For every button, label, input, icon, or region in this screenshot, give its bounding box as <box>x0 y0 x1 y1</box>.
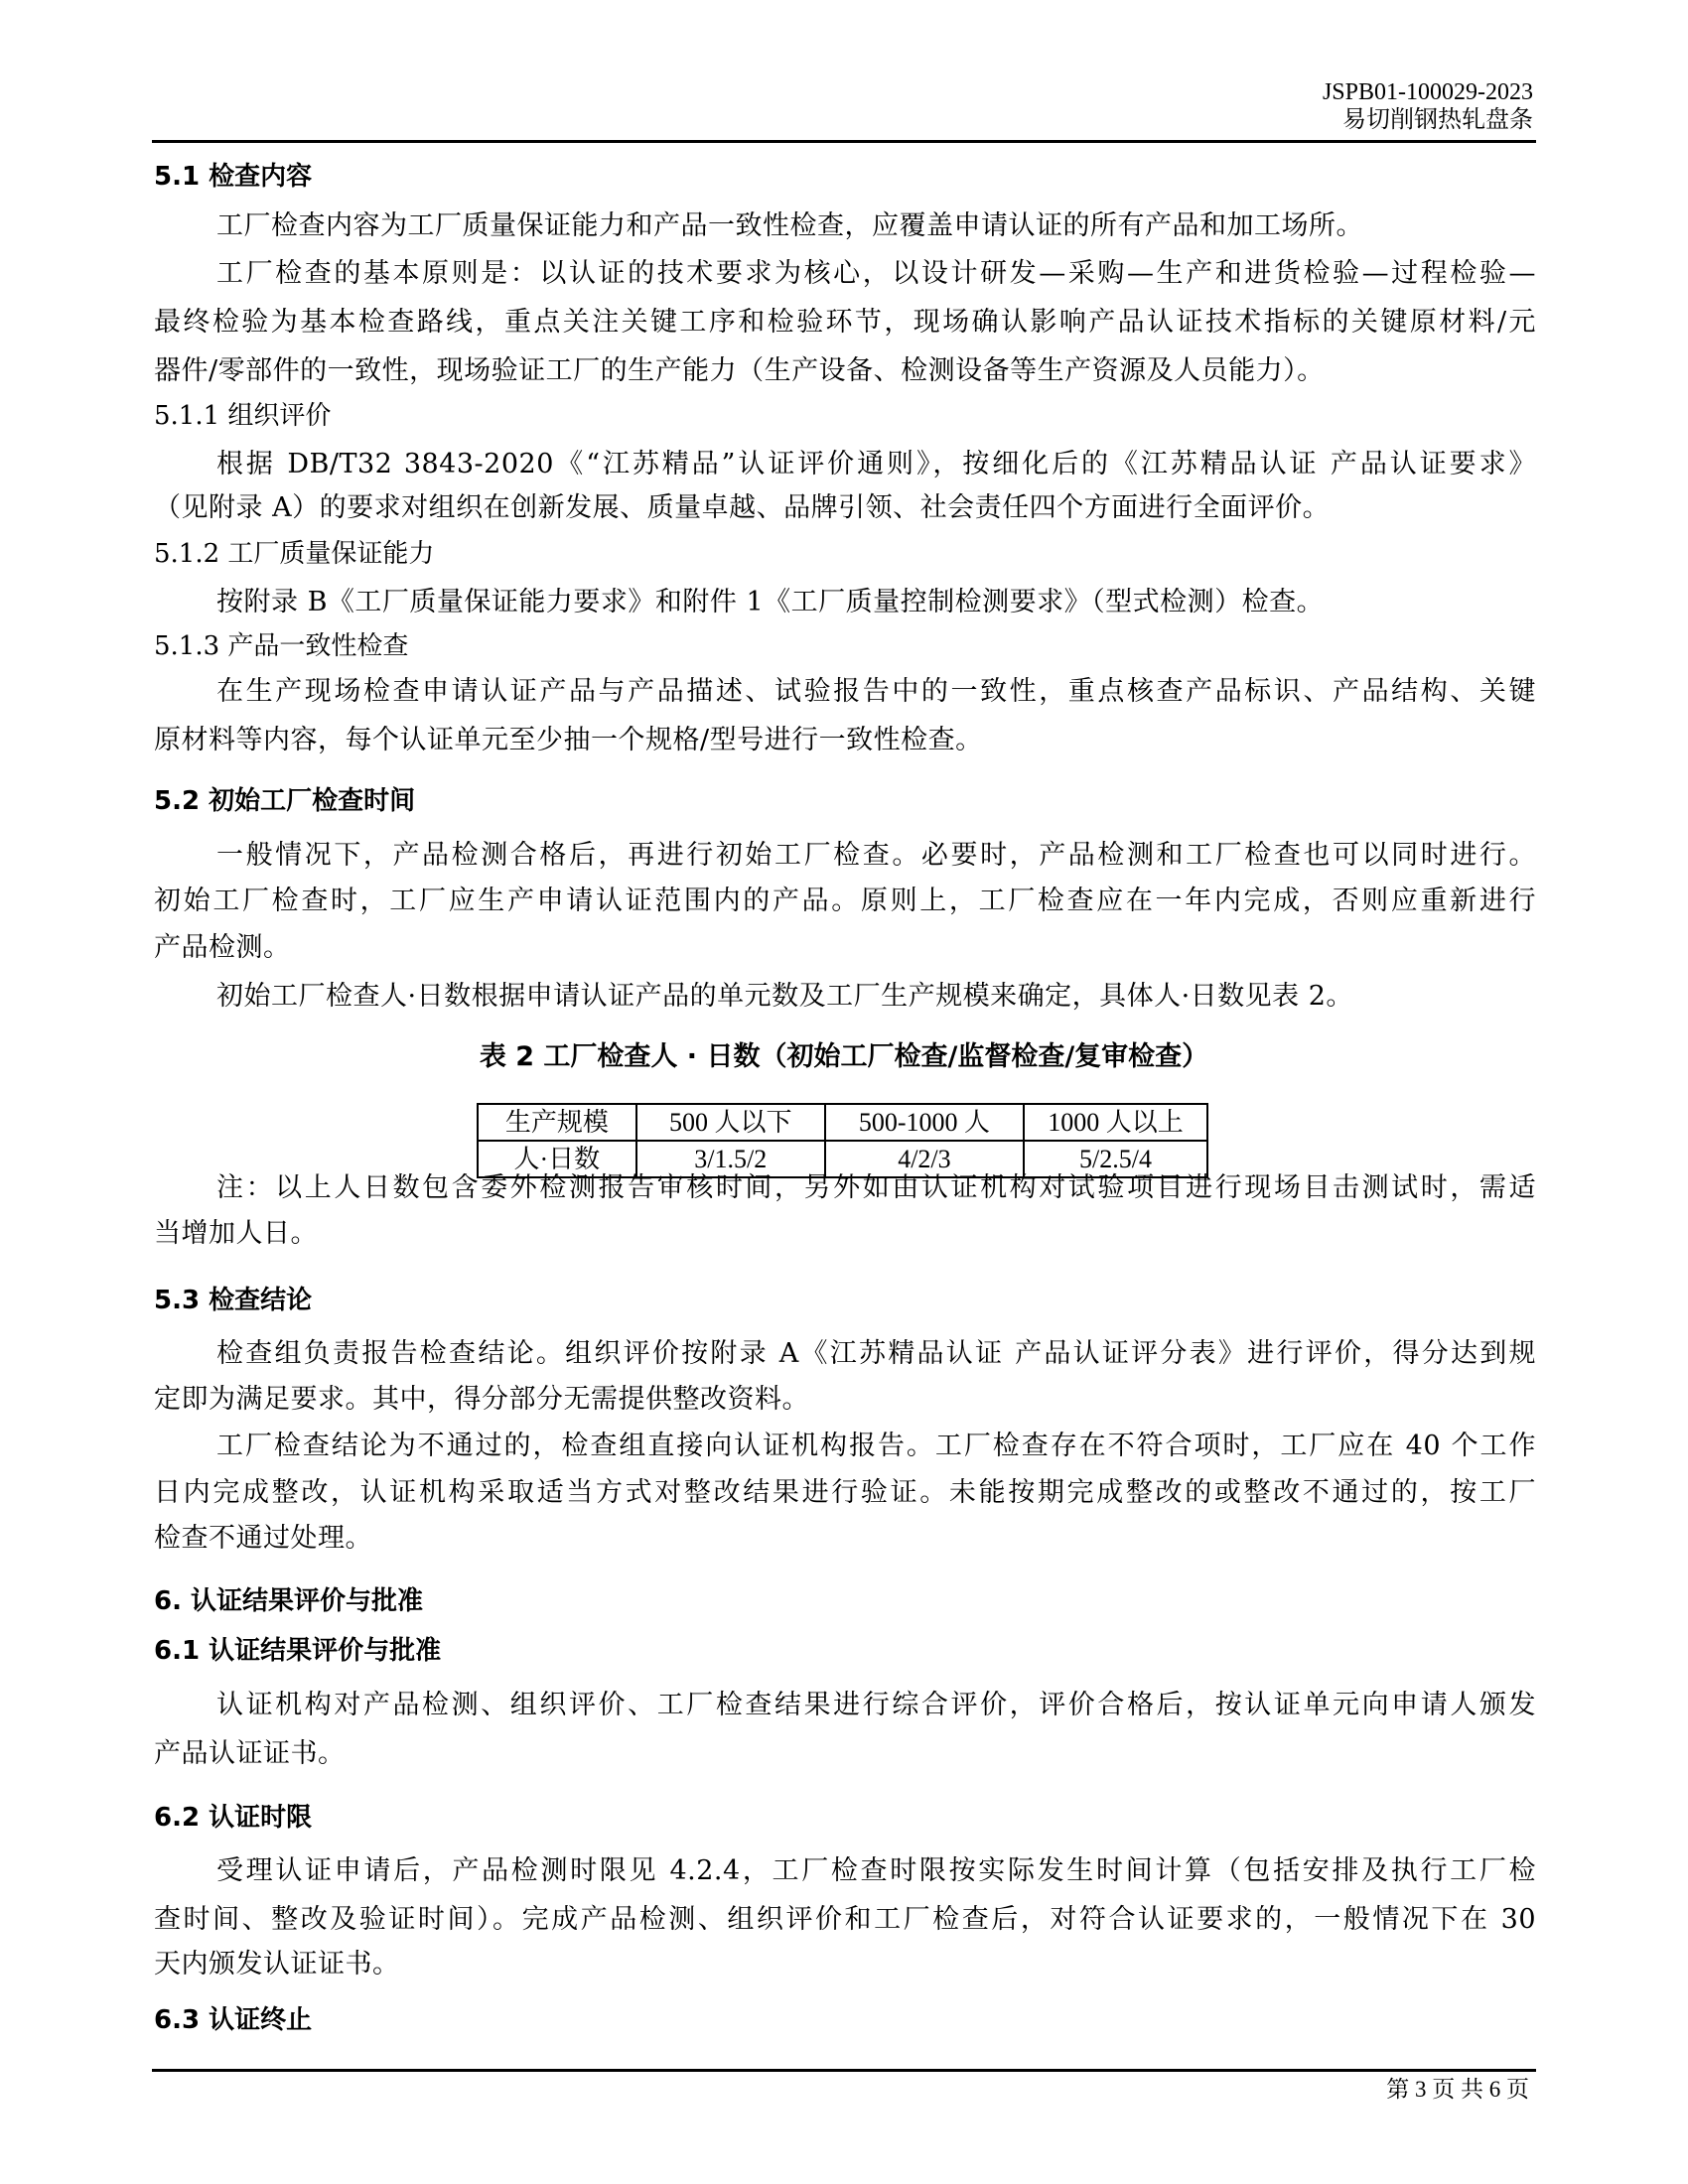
section-title-5-1: 5.1 检查内容 <box>154 160 1536 194</box>
section-title-6-1: 6.1 认证结果评价与批准 <box>154 1634 1536 1668</box>
paragraph-line: 按附录 B《工厂质量保证能力要求》和附件 1《工厂质量控制检测要求》（型式检测）… <box>216 586 1536 619</box>
table-header-row: 生产规模 500 人以下 500-1000 人 1000 人以上 <box>478 1104 1207 1141</box>
table-note-line: 注：以上人日数包含委外检测报告审核时间，另外如由认证机构对试验项目进行现场目击测… <box>216 1171 1536 1205</box>
paragraph-line: 检查组负责报告检查结论。组织评价按附录 A《江苏精品认证 产品认证评分表》进行评… <box>216 1337 1536 1371</box>
section-title-6-3: 6.3 认证终止 <box>154 2003 1536 2037</box>
paragraph-line: 产品检测。 <box>154 931 1536 965</box>
paragraph-line: 最终检验为基本检查路线，重点关注关键工序和检验环节，现场确认影响产品认证技术指标… <box>154 306 1536 340</box>
paragraph-line: 原材料等内容，每个认证单元至少抽一个规格/型号进行一致性检查。 <box>154 724 1536 757</box>
section-title-6: 6. 认证结果评价与批准 <box>154 1584 1536 1618</box>
paragraph-line: 天内颁发认证证书。 <box>154 1948 1536 1981</box>
paragraph-line: 认证机构对产品检测、组织评价、工厂检查结果进行综合评价，评价合格后，按认证单元向… <box>216 1689 1536 1722</box>
paragraph-line: 定即为满足要求。其中，得分部分无需提供整改资料。 <box>154 1383 1536 1417</box>
section-title-5-2: 5.2 初始工厂检查时间 <box>154 784 1536 818</box>
page-number: 第 3 页 共 6 页 <box>1386 2077 1529 2103</box>
table-cell: 500 人以下 <box>636 1104 825 1141</box>
paragraph-line: 根据 DB/T32 3843-2020《“江苏精品”认证评价通则》，按细化后的《… <box>216 448 1536 481</box>
section-title-5-1-3: 5.1.3 产品一致性检查 <box>154 629 1536 663</box>
paragraph-line: 工厂检查内容为工厂质量保证能力和产品一致性检查，应覆盖申请认证的所有产品和加工场… <box>216 209 1536 243</box>
table-caption: 表 2 工厂检查人 · 日数（初始工厂检查/监督检查/复审检查） <box>0 1040 1688 1074</box>
paragraph-line: 日内完成整改，认证机构采取适当方式对整改结果进行验证。未能按期完成整改的或整改不… <box>154 1476 1536 1510</box>
table-cell: 1000 人以上 <box>1024 1104 1207 1141</box>
paragraph-line: 查时间、整改及验证时间）。完成产品检测、组织评价和工厂检查后，对符合认证要求的，… <box>154 1903 1536 1937</box>
paragraph-line: 初始工厂检查时，工厂应生产申请认证范围内的产品。原则上，工厂检查应在一年内完成，… <box>154 885 1536 918</box>
paragraph-line: 产品认证证书。 <box>154 1737 1536 1771</box>
paragraph-line: 受理认证申请后，产品检测时限见 4.2.4，工厂检查时限按实际发生时间计算（包括… <box>216 1854 1536 1888</box>
section-title-5-1-1: 5.1.1 组织评价 <box>154 399 1536 433</box>
inspection-days-table: 生产规模 500 人以下 500-1000 人 1000 人以上 人·日数 3/… <box>477 1103 1208 1178</box>
header-doc-number: JSPB01-100029-2023 <box>1323 78 1533 106</box>
section-title-5-1-2: 5.1.2 工厂质量保证能力 <box>154 537 1536 571</box>
paragraph-line: 检查不通过处理。 <box>154 1522 1536 1556</box>
header-product-name: 易切削钢热轧盘条 <box>1342 106 1533 134</box>
table-note-line: 当增加人日。 <box>154 1217 1536 1251</box>
paragraph-line: 在生产现场检查申请认证产品与产品描述、试验报告中的一致性，重点核查产品标识、产品… <box>216 675 1536 709</box>
paragraph-line: 工厂检查结论为不通过的，检查组直接向认证机构报告。工厂检查存在不符合项时，工厂应… <box>216 1430 1536 1463</box>
paragraph-line: 工厂检查的基本原则是：以认证的技术要求为核心，以设计研发—采购—生产和进货检验—… <box>216 257 1536 291</box>
document-page: JSPB01-100029-2023 易切削钢热轧盘条 5.1 检查内容 工厂检… <box>0 0 1688 2184</box>
footer-rule <box>152 2069 1536 2072</box>
paragraph-line: 一般情况下，产品检测合格后，再进行初始工厂检查。必要时，产品检测和工厂检查也可以… <box>216 839 1536 873</box>
table-cell: 生产规模 <box>478 1104 636 1141</box>
section-title-6-2: 6.2 认证时限 <box>154 1801 1536 1835</box>
table-cell: 500-1000 人 <box>825 1104 1024 1141</box>
paragraph-line: 器件/零部件的一致性，现场验证工厂的生产能力（生产设备、检测设备等生产资源及人员… <box>154 354 1536 388</box>
section-title-5-3: 5.3 检查结论 <box>154 1284 1536 1317</box>
paragraph-line: （见附录 A）的要求对组织在创新发展、质量卓越、品牌引领、社会责任四个方面进行全… <box>154 491 1536 525</box>
header-rule <box>152 140 1536 143</box>
paragraph-line: 初始工厂检查人·日数根据申请认证产品的单元数及工厂生产规模来确定，具体人·日数见… <box>216 980 1536 1014</box>
